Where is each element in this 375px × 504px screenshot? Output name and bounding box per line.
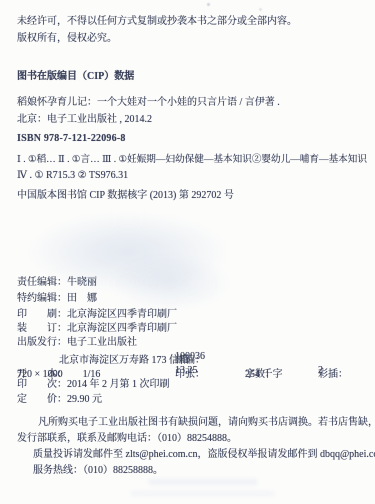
postcode-value: 100036 [175,351,205,362]
scan-speck [207,3,210,6]
binder-row: 装 订：北京海淀区四季青印刷厂 [17,323,177,335]
binder-value: 北京海淀区四季青印刷厂 [67,323,177,334]
cip-classification-line1: Ⅰ . ①稻… Ⅱ . ①言… Ⅲ . ①妊娠期—妇幼保健—基本知识②婴幼儿—哺… [17,154,367,166]
cip-publisher-line: 北京：电子工业出版社 , 2014.2 [17,114,152,126]
printing-row: 印 次：2014 年 2 月第 1 次印刷 [17,379,170,391]
printing-label: 印 次： [17,379,67,390]
purchase-note-line2: 发行部联系，联系及邮购电话：（010）88254888。 [17,433,237,445]
sheets-value: 13.25 [175,365,198,376]
price-label: 定 价： [17,394,67,405]
editor-value: 牛晓丽 [67,277,97,288]
contract-editor-label: 特约编辑： [17,293,67,304]
copyright-notice-line1: 未经许可，不得以任何方式复制或抄袭本书之部分或全部内容。 [17,16,297,28]
binder-label: 装 订： [17,323,67,334]
price-value: 29.90 元 [67,394,102,405]
isbn-line: ISBN 978-7-121-22096-8 [17,133,126,145]
page-bleedthrough-mark [130,491,275,496]
book-copyright-page: { "notice": { "line1": "未经许可，不得以任何方式复制或抄… [0,0,375,504]
publisher-row: 出版发行：电子工业出版社 [17,337,137,349]
cip-record-number-line: 中国版本图书馆 CIP 数据核字 (2013) 第 292702 号 [17,190,234,202]
contract-editor-value: 田 娜 [67,293,97,304]
address-row: 北京市海淀区万寿路 173 信箱 邮编：100036 [0,351,375,365]
printing-value: 2014 年 2 月第 1 次印刷 [67,379,170,390]
service-hotline-line: 服务热线：（010）88258888。 [33,465,163,477]
cip-classification-line2: Ⅳ . ① R715.3 ② TS976.31 [17,170,128,182]
publisher-address: 北京市海淀区万寿路 173 信箱 [59,351,189,366]
publisher-value: 电子工业出版社 [67,337,137,348]
editor-row: 责任编辑：牛晓丽 [17,277,97,289]
complaint-email-line: 质量投诉请发邮件至 zlts@phei.com.cn，盗版侵权举报请发邮件到 d… [33,449,375,461]
cip-title-line: 稻娘怀孕育儿记：一个大娃对一个小娃的只言片语 / 言伊著 . [17,97,280,109]
editor-label: 责任编辑： [17,277,67,288]
printer-value: 北京海淀区四季青印刷厂 [67,309,177,320]
cip-heading: 图书在版编目（CIP）数据 [17,71,134,83]
plates-value: 2 [318,365,323,376]
format-value: 720 × 1000 1/16 [17,365,100,380]
printer-label: 印 刷： [17,309,67,320]
scan-smudge [110,255,230,310]
words-value: 254 千字 [245,365,283,380]
publisher-label: 出版发行： [17,337,67,348]
copyright-notice-line2: 版权所有，侵权必究。 [17,33,117,45]
contract-editor-row: 特约编辑：田 娜 [17,293,97,305]
format-row: 开 本：720 × 1000 1/16 印张：13.25 字数：254 千字 彩… [0,365,375,379]
price-row: 定 价：29.90 元 [17,394,102,406]
purchase-note-line1: 凡所购买电子工业出版社图书有缺损问题，请向购买书店调换。若书店售缺，请与本社 [38,417,375,429]
printer-row: 印 刷：北京海淀区四季青印刷厂 [17,309,177,321]
page-bleedthrough-mark [148,479,258,485]
scan-speck [259,8,262,11]
